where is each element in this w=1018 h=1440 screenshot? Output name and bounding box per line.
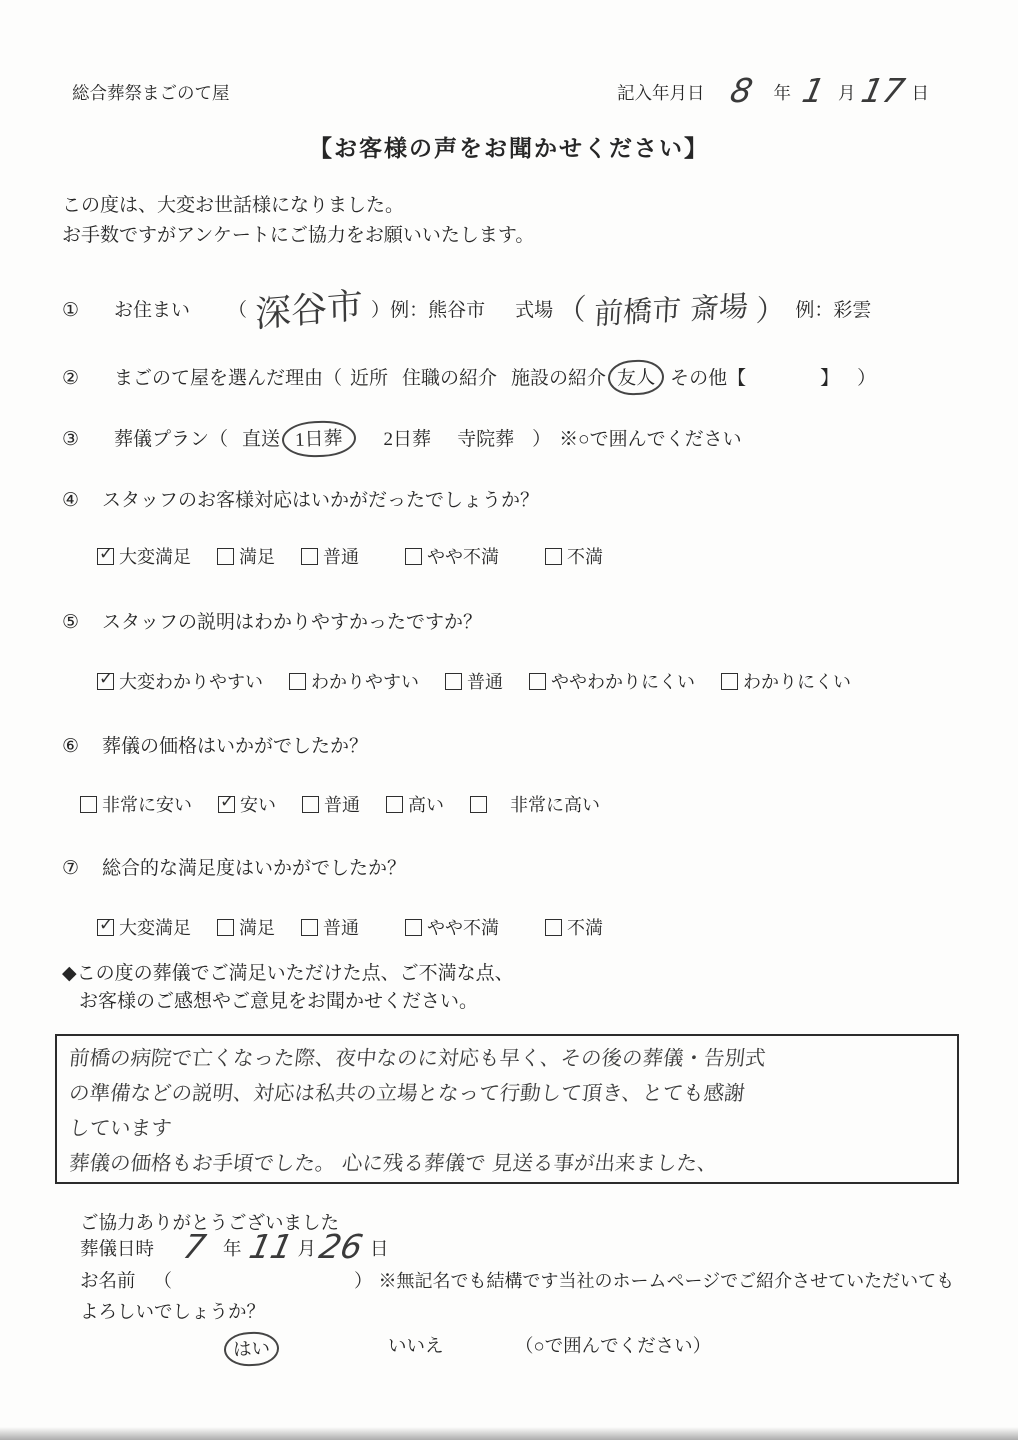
handwritten-comment-line: 葬儀の価格もお手頃でした。 心に残る葬儀で 見送る事が出来ました、 bbox=[67, 1146, 947, 1181]
option-label: 非常に高い bbox=[492, 791, 600, 817]
q1-paren-open: （ bbox=[228, 295, 247, 322]
question-7: ⑦ 総合的な満足度はいかがでしたか？ bbox=[62, 853, 406, 880]
q3-option-jiinso[interactable]: 寺院葬 bbox=[457, 424, 514, 451]
question-2: ② まごのて屋を選んだ理由（ 近所 住職の紹介 施設の紹介 友人 その他【 】 … bbox=[62, 360, 876, 395]
page-title: 【お客様の声をお聞かせください】 bbox=[0, 130, 1018, 163]
funeral-month-unit: 月 bbox=[298, 1235, 317, 1261]
q2-other-label: その他【 bbox=[670, 363, 746, 390]
funeral-day-unit: 日 bbox=[370, 1235, 389, 1261]
name-label: お名前 bbox=[80, 1267, 136, 1293]
fill-date-row: 記入年月日 8 年 1 月 17 日 bbox=[617, 80, 929, 105]
funeral-year-unit: 年 bbox=[223, 1235, 242, 1261]
name-paren-close: ） bbox=[354, 1267, 373, 1293]
name-row: お名前 （ ） ※無記名でも結構です当社のホームページでご紹介させていただいても bbox=[80, 1267, 954, 1293]
checkbox-icon[interactable] bbox=[289, 673, 306, 690]
permission-question: よろしいでしょうか？ bbox=[80, 1298, 265, 1324]
checkbox-option[interactable]: 満足 bbox=[217, 543, 275, 569]
option-label: 満足 bbox=[239, 543, 275, 569]
question-5: ⑤ スタッフの説明はわかりやすかったですか？ bbox=[62, 607, 482, 634]
option-label: ややわかりにくい bbox=[551, 668, 695, 694]
no-option[interactable]: いいえ bbox=[388, 1332, 444, 1358]
month-unit: 月 bbox=[838, 80, 856, 105]
checkbox-icon[interactable] bbox=[217, 919, 234, 936]
option-label: やや不満 bbox=[427, 914, 499, 940]
checkbox-icon[interactable] bbox=[445, 673, 462, 690]
option-label: 満足 bbox=[239, 914, 275, 940]
day-unit: 日 bbox=[912, 80, 930, 105]
checkbox-option[interactable]: 普通 bbox=[302, 791, 360, 817]
checkbox-option[interactable]: やや不満 bbox=[405, 543, 499, 569]
comment-prompt-text-2: お客様のご感想やご意見をお聞かせください。 bbox=[79, 986, 478, 1013]
yes-no-row: はい いいえ （○で囲んでください） bbox=[0, 1332, 1018, 1368]
q1-venue-paren-close: ） bbox=[756, 309, 785, 311]
thanks-text: ご協力ありがとうございました bbox=[80, 1209, 339, 1235]
option-label: 不満 bbox=[567, 914, 603, 940]
checkbox-option[interactable]: ややわかりにくい bbox=[529, 668, 695, 694]
comment-prompt-text-1: ◆この度の葬儀でご満足いただけた点、ご不満な点、 bbox=[62, 958, 514, 985]
handwritten-comment-line: 前橋の病院で亡くなった際、夜中なのに対応も早く、その後の葬儀・告別式 bbox=[67, 1041, 947, 1076]
handwritten-comment-line: しています bbox=[67, 1111, 947, 1146]
circle-instruction: （○で囲んでください） bbox=[515, 1332, 711, 1358]
funeral-date-row: 葬儀日時 7 年 11 月 26 日 bbox=[80, 1235, 389, 1261]
q1-venue-paren-open: （ bbox=[557, 309, 586, 311]
option-label: 大変わかりやすい bbox=[119, 668, 263, 694]
q1-paren-close: ） bbox=[371, 295, 390, 322]
q2-option-kinjo[interactable]: 近所 bbox=[350, 363, 388, 390]
checkbox-icon[interactable] bbox=[405, 919, 422, 936]
option-label: 不満 bbox=[567, 543, 603, 569]
company-name: 総合葬祭まごのて屋 bbox=[72, 80, 230, 105]
checkbox-option[interactable]: 満足 bbox=[217, 914, 275, 940]
scan-bottom-shadow bbox=[0, 1427, 1018, 1440]
checkbox-checked-icon[interactable] bbox=[97, 919, 114, 936]
checkbox-icon[interactable] bbox=[80, 796, 97, 813]
q7-number: ⑦ bbox=[62, 857, 102, 880]
q6-options: 非常に安い安い普通高い 非常に高い bbox=[80, 791, 626, 817]
checkbox-icon[interactable] bbox=[545, 919, 562, 936]
checkbox-icon[interactable] bbox=[217, 548, 234, 565]
checkbox-icon[interactable] bbox=[545, 548, 562, 565]
question-6: ⑥ 葬儀の価格はいかがでしたか？ bbox=[62, 731, 368, 758]
q4-number: ④ bbox=[62, 489, 102, 512]
q6-number: ⑥ bbox=[62, 735, 102, 758]
comment-prompt-1: ◆この度の葬儀でご満足いただけた点、ご不満な点、 bbox=[62, 958, 514, 985]
option-label: 普通 bbox=[323, 543, 359, 569]
q7-label: 総合的な満足度はいかがでしたか？ bbox=[102, 853, 406, 880]
question-4: ④ スタッフのお客様対応はいかがだったでしょうか？ bbox=[62, 485, 539, 512]
checkbox-icon[interactable] bbox=[721, 673, 738, 690]
checkbox-checked-icon[interactable] bbox=[97, 548, 114, 565]
checkbox-option[interactable]: 不満 bbox=[545, 914, 603, 940]
checkbox-icon[interactable] bbox=[301, 919, 318, 936]
year-unit: 年 bbox=[774, 80, 792, 105]
comment-prompt-2: お客様のご感想やご意見をお聞かせください。 bbox=[79, 986, 478, 1013]
q1-example-2: 例：彩雲 bbox=[795, 295, 871, 322]
q3-number: ③ bbox=[62, 428, 102, 451]
q3-option-chokuso[interactable]: 直送 bbox=[242, 424, 280, 451]
intro-line-1: この度は、大変お世話様になりました。 bbox=[62, 190, 404, 217]
option-label: 高い bbox=[408, 791, 444, 817]
handwritten-comment-line: の準備などの説明、対応は私共の立場となって行動して頂き、とても感謝 bbox=[67, 1076, 947, 1111]
q2-option-shisetsu[interactable]: 施設の紹介 bbox=[511, 363, 606, 390]
checkbox-checked-icon[interactable] bbox=[97, 673, 114, 690]
q1-label: お住まい bbox=[114, 295, 190, 322]
name-paren-open: （ bbox=[154, 1267, 173, 1293]
option-label: 普通 bbox=[323, 914, 359, 940]
checkbox-option[interactable]: 大変わかりやすい bbox=[97, 668, 263, 694]
checkbox-icon[interactable] bbox=[386, 796, 403, 813]
q3-option-1nichiso-circled[interactable]: 1日葬 bbox=[281, 420, 356, 459]
checkbox-option[interactable]: 普通 bbox=[301, 543, 359, 569]
q5-label: スタッフの説明はわかりやすかったですか？ bbox=[102, 607, 482, 634]
option-label: 非常に安い bbox=[102, 791, 192, 817]
checkbox-option[interactable]: わかりやすい bbox=[289, 668, 419, 694]
intro-text-2: お手数ですがアンケートにご協力をお願いいたします。 bbox=[62, 220, 534, 247]
q1-venue-label: 式場 bbox=[515, 295, 553, 322]
company-name-text: 総合葬祭まごのて屋 bbox=[72, 80, 230, 105]
q2-label: まごのて屋を選んだ理由（ bbox=[114, 363, 342, 390]
funeral-date-label: 葬儀日時 bbox=[80, 1235, 154, 1261]
checkbox-icon[interactable] bbox=[301, 548, 318, 565]
q3-option-2nichiso[interactable]: 2日葬 bbox=[384, 424, 432, 451]
checkbox-option[interactable]: 非常に高い bbox=[470, 791, 600, 817]
q7-options: 大変満足満足普通やや不満不満 bbox=[97, 914, 629, 940]
question-3: ③ 葬儀プラン（ 直送 1日葬 2日葬 寺院葬 ） ※○で囲んでください bbox=[62, 421, 742, 457]
q3-label: 葬儀プラン（ bbox=[114, 424, 228, 451]
survey-form-page: 総合葬祭まごのて屋 記入年月日 8 年 1 月 17 日 【お客様の声をお聞かせ… bbox=[0, 0, 1018, 1440]
intro-text-1: この度は、大変お世話様になりました。 bbox=[62, 190, 404, 217]
q2-number: ② bbox=[62, 367, 102, 390]
checkbox-option[interactable]: 普通 bbox=[445, 668, 503, 694]
checkbox-option[interactable]: 非常に安い bbox=[80, 791, 192, 817]
option-label: 普通 bbox=[324, 791, 360, 817]
option-label: わかりにくい bbox=[743, 668, 851, 694]
checkbox-option[interactable]: 不満 bbox=[545, 543, 603, 569]
anonymous-note: ※無記名でも結構です当社のホームページでご紹介させていただいても bbox=[379, 1267, 955, 1293]
q2-option-jushoku[interactable]: 住職の紹介 bbox=[402, 363, 497, 390]
checkbox-option[interactable]: 普通 bbox=[301, 914, 359, 940]
checkbox-icon[interactable] bbox=[302, 796, 319, 813]
fill-date-label: 記入年月日 bbox=[617, 80, 705, 105]
checkbox-option[interactable]: やや不満 bbox=[405, 914, 499, 940]
q3-paren-close: ） bbox=[532, 424, 551, 451]
checkbox-option[interactable]: 大変満足 bbox=[97, 543, 191, 569]
checkbox-option[interactable]: 高い bbox=[386, 791, 444, 817]
q5-options: 大変わかりやすいわかりやすい普通ややわかりにくいわかりにくい bbox=[97, 668, 877, 694]
q3-circle-note: ※○で囲んでください bbox=[559, 424, 741, 451]
q4-options: 大変満足満足普通やや不満不満 bbox=[97, 543, 629, 569]
comment-box[interactable]: 前橋の病院で亡くなった際、夜中なのに対応も早く、その後の葬儀・告別式の準備などの… bbox=[55, 1034, 959, 1184]
question-1: ① お住まい （ 深谷市 ） 例：熊谷市 式場 （ 前橋市 斎場 ） 例：彩雲 bbox=[62, 295, 871, 322]
option-label: 安い bbox=[240, 791, 276, 817]
q4-label: スタッフのお客様対応はいかがだったでしょうか？ bbox=[102, 485, 539, 512]
q1-venue-handwritten[interactable]: 前橋市 斎場 bbox=[594, 306, 748, 314]
checkbox-checked-icon[interactable] bbox=[218, 796, 235, 813]
q2-paren-close: ） bbox=[857, 363, 876, 390]
q5-number: ⑤ bbox=[62, 611, 102, 634]
permission-question-text: よろしいでしょうか？ bbox=[80, 1298, 265, 1324]
checkbox-option[interactable]: 安い bbox=[218, 791, 276, 817]
checkbox-icon[interactable] bbox=[529, 673, 546, 690]
checkbox-icon[interactable] bbox=[405, 548, 422, 565]
q2-other-close: 】 bbox=[820, 363, 839, 390]
q2-option-yujin-circled[interactable]: 友人 bbox=[607, 359, 664, 396]
option-label: やや不満 bbox=[427, 543, 499, 569]
checkbox-option[interactable]: 大変満足 bbox=[97, 914, 191, 940]
q6-label: 葬儀の価格はいかがでしたか？ bbox=[102, 731, 368, 758]
option-label: 普通 bbox=[467, 668, 503, 694]
option-label: 大変満足 bbox=[119, 543, 191, 569]
yes-option-circled[interactable]: はい bbox=[223, 1331, 279, 1367]
q1-residence-handwritten[interactable]: 深谷市 bbox=[255, 306, 363, 315]
q1-number: ① bbox=[62, 299, 102, 322]
thanks-line: ご協力ありがとうございました bbox=[80, 1209, 339, 1235]
checkbox-icon[interactable] bbox=[470, 796, 487, 813]
option-label: 大変満足 bbox=[119, 914, 191, 940]
intro-line-2: お手数ですがアンケートにご協力をお願いいたします。 bbox=[62, 220, 534, 247]
q1-example-1: 例：熊谷市 bbox=[390, 295, 485, 322]
checkbox-option[interactable]: わかりにくい bbox=[721, 668, 851, 694]
option-label: わかりやすい bbox=[311, 668, 419, 694]
